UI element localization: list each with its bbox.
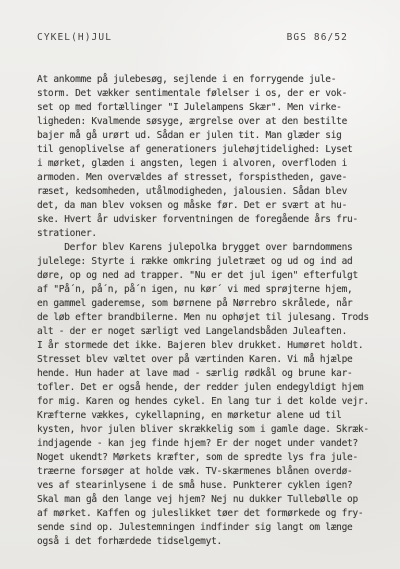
text-line: også i det forhærdede tidselgemyt. bbox=[37, 535, 372, 549]
text-line: ske. Hvert år udvisker forventningen de … bbox=[37, 213, 372, 227]
text-line: At ankomme på julebesøg, sejlende i en f… bbox=[37, 73, 372, 87]
text-line: i mørket, glæden i angsten, legen i alvo… bbox=[37, 157, 372, 171]
document-reference: BGS 86/52 bbox=[287, 32, 348, 43]
text-line: alt - der er noget særligt ved Langeland… bbox=[37, 325, 372, 339]
text-line: armoden. Men overvældes af stresset, for… bbox=[37, 171, 372, 185]
text-line: strationer. bbox=[37, 227, 372, 241]
text-line: hende. Hun hader at lave mad - særlig rø… bbox=[37, 367, 372, 381]
text-line: Skal man gå den lange vej hjem? Nej nu d… bbox=[37, 493, 372, 507]
text-line: det, da man blev voksen og måske før. De… bbox=[37, 199, 372, 213]
text-line: indjagende - kan jeg finde hjem? Er der … bbox=[37, 437, 372, 451]
text-line: en gammel gaderemse, som børnene på Nørr… bbox=[37, 297, 372, 311]
text-line: Noget ukendt? Mørkets kræfter, som de sp… bbox=[37, 451, 372, 465]
text-line: ves af stearinlysene i de små huse. Punk… bbox=[37, 479, 372, 493]
text-line: de løb efter brandbilerne. Men nu ophøje… bbox=[37, 311, 372, 325]
text-line: ræset, kedsomheden, utålmodigheden, jalo… bbox=[37, 185, 372, 199]
text-line: I år stormede det ikke. Bajeren blev dru… bbox=[37, 339, 372, 353]
text-line: Derfor blev Karens julepolka brygget ove… bbox=[37, 241, 372, 255]
text-line: af "På´n, på´n, på´n igen, nu kør´ vi me… bbox=[37, 283, 372, 297]
text-line: ligheden: Kvalmende søsyge, ærgrelse ove… bbox=[37, 115, 372, 129]
text-line: storm. Det vækker sentimentale følelser … bbox=[37, 87, 372, 101]
text-line: træerne forsøger at holde væk. TV-skærme… bbox=[37, 465, 372, 479]
text-line: til genoplivelse af generationers julehø… bbox=[37, 143, 372, 157]
text-line: set op med fortællinger "I Julelampens S… bbox=[37, 101, 372, 115]
text-line: Stresset blev væltet over på værtinden K… bbox=[37, 353, 372, 367]
text-line: sende sind op. Julestemningen indfinder … bbox=[37, 521, 372, 535]
document-title: CYKEL(H)JUL bbox=[37, 32, 112, 43]
text-line: bajer må gå urørt ud. Sådan er julen tit… bbox=[37, 129, 372, 143]
text-line: Kræfterne vækkes, cykellapning, en mørke… bbox=[37, 409, 372, 423]
document-body: At ankomme på julebesøg, sejlende i en f… bbox=[0, 43, 400, 549]
text-line: julelege: Styrte i række omkring juletræ… bbox=[37, 255, 372, 269]
text-line: døre, op og ned ad trapper. "Nu er det j… bbox=[37, 269, 372, 283]
text-line: tofler. Det er også hende, der redder ju… bbox=[37, 381, 372, 395]
text-line: af mørket. Kaffen og juleslikket tøer de… bbox=[37, 507, 372, 521]
text-line: kysten, hvor julen bliver skrækkelig som… bbox=[37, 423, 372, 437]
text-line: for mig. Karen og hendes cykel. En lang … bbox=[37, 395, 372, 409]
scanned-page: CYKEL(H)JUL BGS 86/52 At ankomme på jule… bbox=[0, 0, 400, 569]
page-header: CYKEL(H)JUL BGS 86/52 bbox=[0, 0, 400, 43]
